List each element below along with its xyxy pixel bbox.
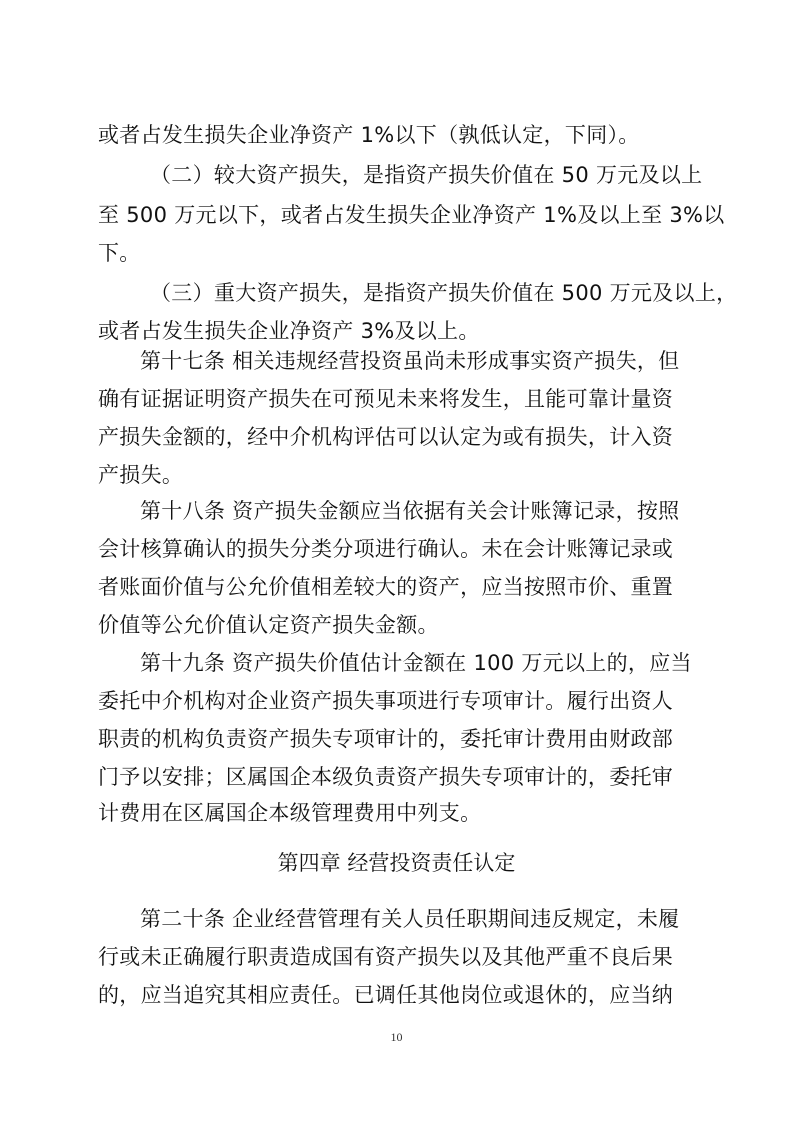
text-line: 确有证据证明资产损失在可预见未来将发生，且能可靠计量资: [98, 386, 698, 412]
text-line: 至 500 万元以下，或者占发生损失企业净资产 1%及以上至 3%以: [98, 202, 698, 228]
text-line: （二）较大资产损失，是指资产损失价值在 50 万元及以上: [150, 162, 698, 188]
text-line: 门予以安排；区属国企本级负责资产损失专项审计的，委托审: [98, 764, 698, 790]
text-line: （三）重大资产损失，是指资产损失价值在 500 万元及以上，: [150, 280, 698, 306]
text-line: 下。: [98, 240, 698, 266]
text-line: 的，应当追究其相应责任。已调任其他岗位或退休的，应当纳: [98, 982, 698, 1008]
text-line: 委托中介机构对企业资产损失事项进行专项审计。履行出资人: [98, 688, 698, 714]
text-line: 价值等公允价值认定资产损失金额。: [98, 612, 698, 638]
text-line: 会计核算确认的损失分类分项进行确认。未在会计账簿记录或: [98, 536, 698, 562]
document-page: 或者占发生损失企业净资产 1%以下（孰低认定，下同）。（二）较大资产损失，是指资…: [0, 0, 793, 1122]
text-line: 或者占发生损失企业净资产 1%以下（孰低认定，下同）。: [98, 122, 698, 148]
text-line: 或者占发生损失企业净资产 3%及以上。: [98, 318, 698, 344]
text-line: 产损失。: [98, 462, 698, 488]
page-number: 10: [0, 1030, 793, 1045]
text-line: 者账面价值与公允价值相差较大的资产，应当按照市价、重置: [98, 574, 698, 600]
text-line: 职责的机构负责资产损失专项审计的，委托审计费用由财政部: [98, 726, 698, 752]
text-line: 产损失金额的，经中介机构评估可以认定为或有损失，计入资: [98, 424, 698, 450]
text-line: 第十八条 资产损失金额应当依据有关会计账簿记录，按照: [140, 498, 698, 524]
text-line: 第二十条 企业经营管理有关人员任职期间违反规定，未履: [140, 906, 698, 932]
text-line: 第十九条 资产损失价值估计金额在 100 万元以上的，应当: [140, 650, 698, 676]
text-line: 计费用在区属国企本级管理费用中列支。: [98, 800, 698, 826]
chapter-heading: 第四章 经营投资责任认定: [0, 850, 793, 876]
text-line: 第十七条 相关违规经营投资虽尚未形成事实资产损失，但: [140, 348, 698, 374]
text-line: 行或未正确履行职责造成国有资产损失以及其他严重不良后果: [98, 944, 698, 970]
